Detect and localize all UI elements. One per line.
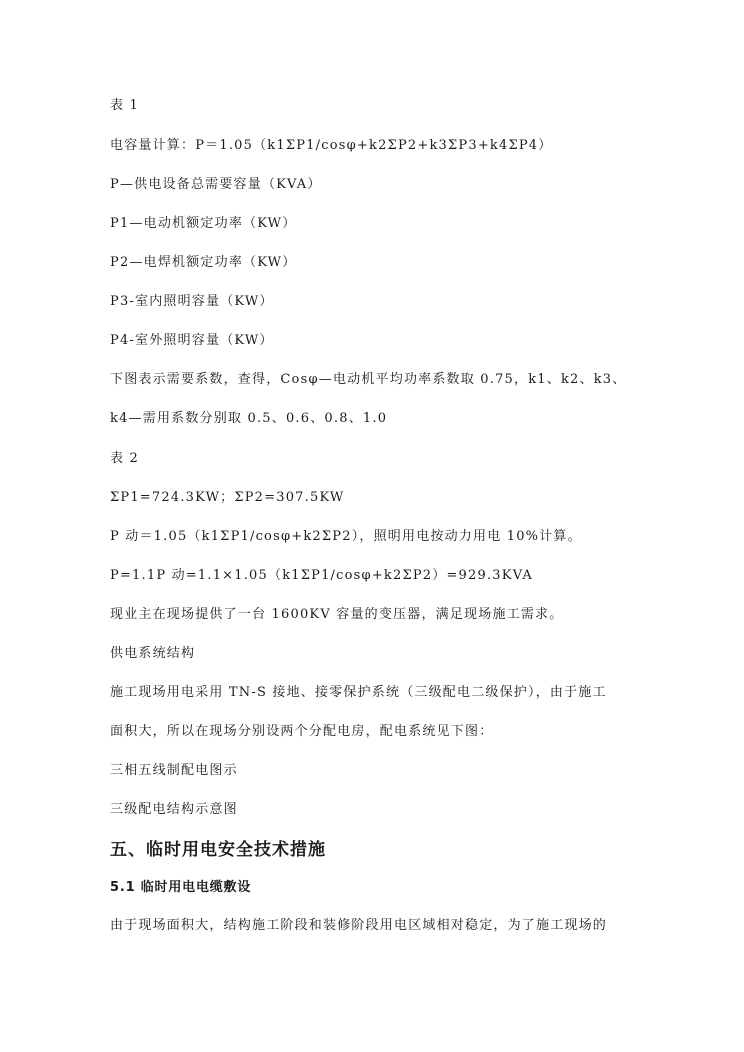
definition-p: P—供电设备总需要容量（KVA）	[110, 177, 322, 193]
total-power-formula: P=1.1P 动=1.1×1.05（k1ΣP1/cosφ+k2ΣP2）=929.…	[110, 568, 533, 584]
coefficient-text-1: 下图表示需要系数，查得，Cosφ—电动机平均功率系数取 0.75，k1、k2、k…	[110, 372, 626, 388]
table-1-label: 表 1	[110, 98, 139, 114]
definition-p1: P1—电动机额定功率（KW）	[110, 216, 296, 232]
supply-structure-label: 供电系统结构	[110, 646, 195, 662]
tns-system-text-2: 面积大，所以在现场分别设两个分配电房，配电系统见下图：	[110, 724, 493, 740]
transformer-note: 现业主在现场提供了一台 1600KV 容量的变压器，满足现场施工需求。	[110, 607, 563, 623]
tns-system-text-1: 施工现场用电采用 TN-S 接地、接零保护系统（三级配电二级保护），由于施工	[110, 685, 607, 701]
power-sums: ΣP1=724.3KW；ΣP2=307.5KW	[110, 490, 344, 506]
dynamic-power-formula: P 动＝1.05（k1ΣP1/cosφ+k2ΣP2），照明用电按动力用电 10%…	[110, 529, 582, 545]
definition-p4: P4-室外照明容量（KW）	[110, 333, 274, 349]
definition-p3: P3-室内照明容量（KW）	[110, 294, 274, 310]
coefficient-text-2: k4—需用系数分别取 0.5、0.6、0.8、1.0	[110, 411, 387, 427]
three-level-diagram-caption: 三级配电结构示意图	[110, 802, 238, 818]
capacity-formula: 电容量计算：P＝1.05（k1ΣP1/cosφ+k2ΣP2+k3ΣP3+k4ΣP…	[110, 138, 552, 154]
three-phase-diagram-caption: 三相五线制配电图示	[110, 763, 238, 779]
table-2-label: 表 2	[110, 451, 139, 467]
definition-p2: P2—电焊机额定功率（KW）	[110, 255, 296, 271]
subsection-heading: 5.1 临时用电电缆敷设	[110, 880, 251, 896]
body-paragraph: 由于现场面积大，结构施工阶段和装修阶段用电区域相对稳定，为了施工现场的	[110, 918, 607, 934]
section-heading: 五、临时用电安全技术措施	[110, 840, 326, 860]
document-page: 表 1 电容量计算：P＝1.05（k1ΣP1/cosφ+k2ΣP2+k3ΣP3+…	[0, 0, 744, 1052]
